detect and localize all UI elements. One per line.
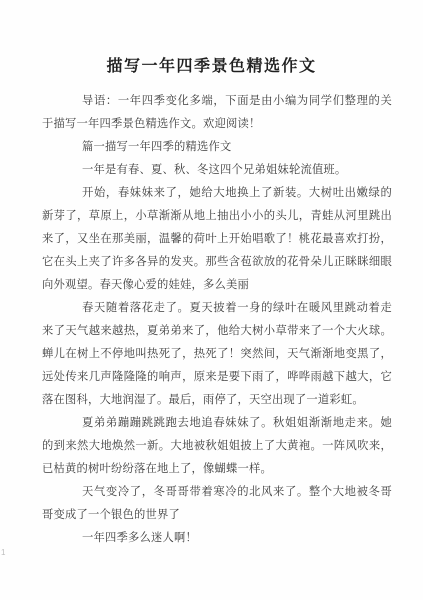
paragraph: 导语：一年四季变化多端，下面是由小编为同学们整理的关于描写一年四季景色精选作文。…	[42, 90, 392, 136]
document-page: 描写一年四季景色精选作文 导语：一年四季变化多端，下面是由小编为同学们整理的关于…	[0, 0, 423, 600]
paragraph: 天气变冷了，冬哥哥带着寒冷的北风来了。整个大地被冬哥哥变成了一个银色的世界了	[42, 481, 392, 527]
paragraph: 春天随着落花走了。夏天披着一身的绿叶在暖风里跳动着走来了天气越来越热，夏弟弟来了…	[42, 297, 392, 412]
paragraph: 夏弟弟蹦蹦跳跳跑去地追春妹妹了。秋姐姐渐渐地走来。她的到来然大地焕然一新。大地被…	[42, 412, 392, 481]
paragraph: 一年是有春、夏、秋、冬这四个兄弟姐妹轮流值班。	[42, 159, 392, 182]
document-title: 描写一年四季景色精选作文	[0, 53, 423, 76]
document-body: 导语：一年四季变化多端，下面是由小编为同学们整理的关于描写一年四季景色精选作文。…	[42, 90, 392, 550]
page-number-artifact: 1	[1, 548, 5, 557]
paragraph: 开始，春妹妹来了，她给大地换上了新装。大树吐出嫩绿的新芽了，草原上，小草渐渐从地…	[42, 182, 392, 297]
paragraph: 一年四季多么迷人啊！	[42, 527, 392, 550]
paragraph: 篇一描写一年四季的精选作文	[42, 136, 392, 159]
